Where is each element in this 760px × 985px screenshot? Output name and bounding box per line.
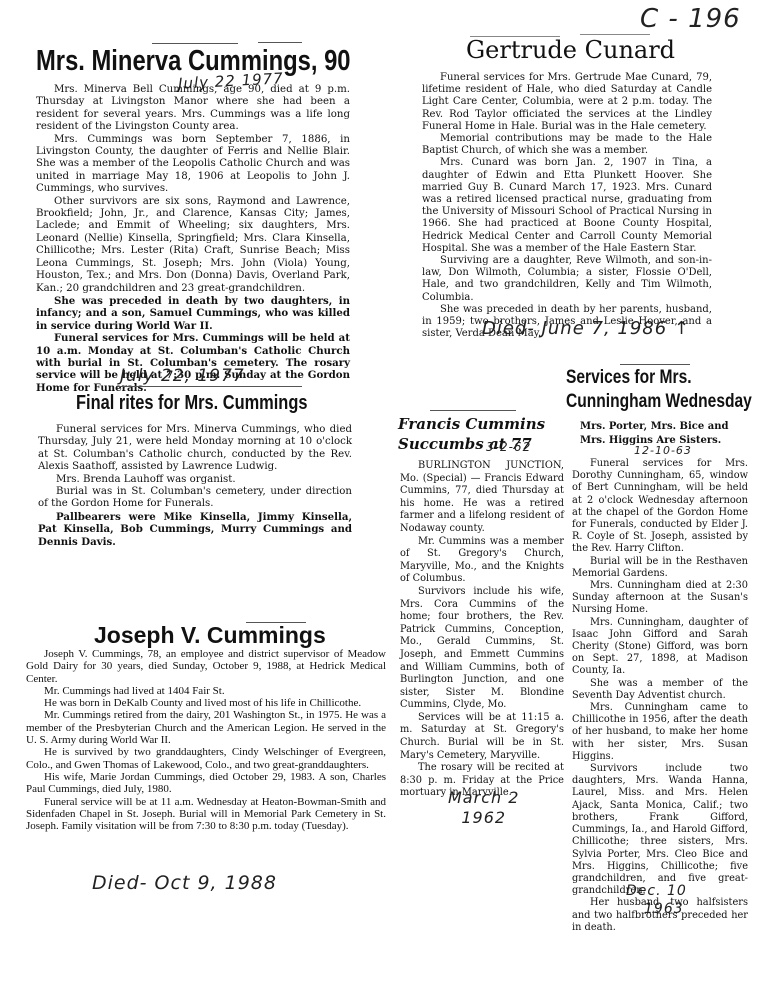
final-rites-headline: Final rites for Mrs. Cummings bbox=[76, 392, 307, 415]
francis-headline-line1: Francis Cummins bbox=[398, 414, 545, 434]
gertrude-paragraph: Funeral services for Mrs. Gertrude Mae C… bbox=[422, 72, 712, 133]
cunningham-body: Funeral services for Mrs. Dorothy Cunnin… bbox=[572, 458, 748, 934]
gertrude-paragraph: Surviving are a daughter, Reve Wilmoth, … bbox=[422, 255, 712, 304]
francis-paragraph: Services will be at 11:15 a. m. Saturday… bbox=[400, 712, 564, 762]
francis-body: BURLINGTON JUNCTION, Mo. (Special) — Fra… bbox=[400, 460, 564, 800]
minerva-paragraph: Other survivors are six sons, Raymond an… bbox=[36, 196, 350, 295]
gertrude-body: Funeral services for Mrs. Gertrude Mae C… bbox=[422, 72, 712, 340]
gertrude-headline: Gertrude Cunard bbox=[466, 36, 675, 64]
cunningham-paragraph: Burial will be in the Resthaven Memorial… bbox=[572, 556, 748, 580]
joseph-paragraph: Funeral service will be at 11 a.m. Wedne… bbox=[26, 796, 386, 833]
gertrude-paragraph: Mrs. Cunard was born Jan. 2, 1907 in Tin… bbox=[422, 157, 712, 255]
final-rites-handwritten-date: July 22, 1977 bbox=[120, 366, 245, 386]
joseph-paragraph: He was born in DeKalb County and lived m… bbox=[26, 697, 386, 709]
cunningham-subhead-line1: Mrs. Porter, Mrs. Bice and bbox=[580, 420, 728, 434]
joseph-headline: Joseph V. Cummings bbox=[94, 622, 326, 649]
gertrude-paragraph: Memorial contributions may be made to th… bbox=[422, 133, 712, 157]
joseph-paragraph: Mr. Cummings retired from the dairy, 201… bbox=[26, 709, 386, 746]
cunningham-paragraph: Funeral services for Mrs. Dorothy Cunnin… bbox=[572, 458, 748, 556]
francis-note-line1: March 2 bbox=[448, 788, 519, 808]
final-rites-paragraph: Mrs. Brenda Lauhoff was organist. bbox=[38, 474, 352, 486]
page-label: C - 196 bbox=[640, 4, 741, 34]
minerva-body: Mrs. Minerva Bell Cummings, age 90, died… bbox=[36, 84, 350, 394]
cunningham-headline-line2: Cunningham Wednesday bbox=[566, 390, 752, 414]
cunningham-handwritten-note: Dec. 10 1963 bbox=[626, 882, 687, 918]
minerva-paragraph: Mrs. Cummings was born September 7, 1886… bbox=[36, 134, 350, 196]
final-rites-paragraph: Pallbearers were Mike Kinsella, Jimmy Ki… bbox=[38, 511, 352, 548]
minerva-paragraph: She was preceded in death by two daughte… bbox=[36, 295, 350, 332]
joseph-body: Joseph V. Cummings, 78, an employee and … bbox=[26, 648, 386, 832]
joseph-paragraph: Joseph V. Cummings, 78, an employee and … bbox=[26, 648, 386, 685]
cunningham-paragraph: Mrs. Cunningham died at 2:30 Sunday afte… bbox=[572, 580, 748, 617]
joseph-paragraph: Mr. Cummings had lived at 1404 Fair St. bbox=[26, 685, 386, 697]
cunningham-paragraph: She was a member of the Seventh Day Adve… bbox=[572, 678, 748, 702]
cunningham-paragraph: Mrs. Cunningham, daughter of Isaac John … bbox=[572, 617, 748, 678]
cunningham-note-line2: 1963 bbox=[626, 900, 687, 918]
minerva-paragraph: Mrs. Minerva Bell Cummings, age 90, died… bbox=[36, 84, 350, 134]
cunningham-headline-line1: Services for Mrs. bbox=[566, 366, 752, 390]
cunningham-headline: Services for Mrs. Cunningham Wednesday bbox=[566, 366, 752, 414]
francis-paragraph: Mr. Cummins was a member of St. Gregory'… bbox=[400, 536, 564, 586]
joseph-paragraph: He is survived by two granddaughters, Ci… bbox=[26, 746, 386, 771]
cunningham-note-line1: Dec. 10 bbox=[626, 882, 687, 900]
cunningham-paragraph: Mrs. Cunningham came to Chillicothe in 1… bbox=[572, 702, 748, 763]
final-rites-paragraph: Funeral services for Mrs. Minerva Cummin… bbox=[38, 424, 352, 474]
joseph-handwritten-note: Died- Oct 9, 1988 bbox=[92, 872, 277, 894]
francis-handwritten-note: March 2 1962 bbox=[448, 788, 519, 828]
francis-handwritten-date: 3-2-62 bbox=[486, 440, 531, 454]
francis-paragraph: BURLINGTON JUNCTION, Mo. (Special) — Fra… bbox=[400, 460, 564, 536]
francis-note-line2: 1962 bbox=[448, 808, 519, 828]
final-rites-paragraph: Burial was in St. Columban's cemetery, u… bbox=[38, 486, 352, 511]
francis-paragraph: Survivors include his wife, Mrs. Cora Cu… bbox=[400, 586, 564, 712]
joseph-paragraph: His wife, Marie Jordan Cummings, died Oc… bbox=[26, 771, 386, 796]
gertrude-handwritten-note: Died- June 7, 1986 ↑ bbox=[482, 318, 690, 339]
cunningham-handwritten-date: 12-10-63 bbox=[634, 444, 692, 457]
cunningham-paragraph: Survivors include two daughters, Mrs. Wa… bbox=[572, 763, 748, 897]
final-rites-body: Funeral services for Mrs. Minerva Cummin… bbox=[38, 424, 352, 548]
